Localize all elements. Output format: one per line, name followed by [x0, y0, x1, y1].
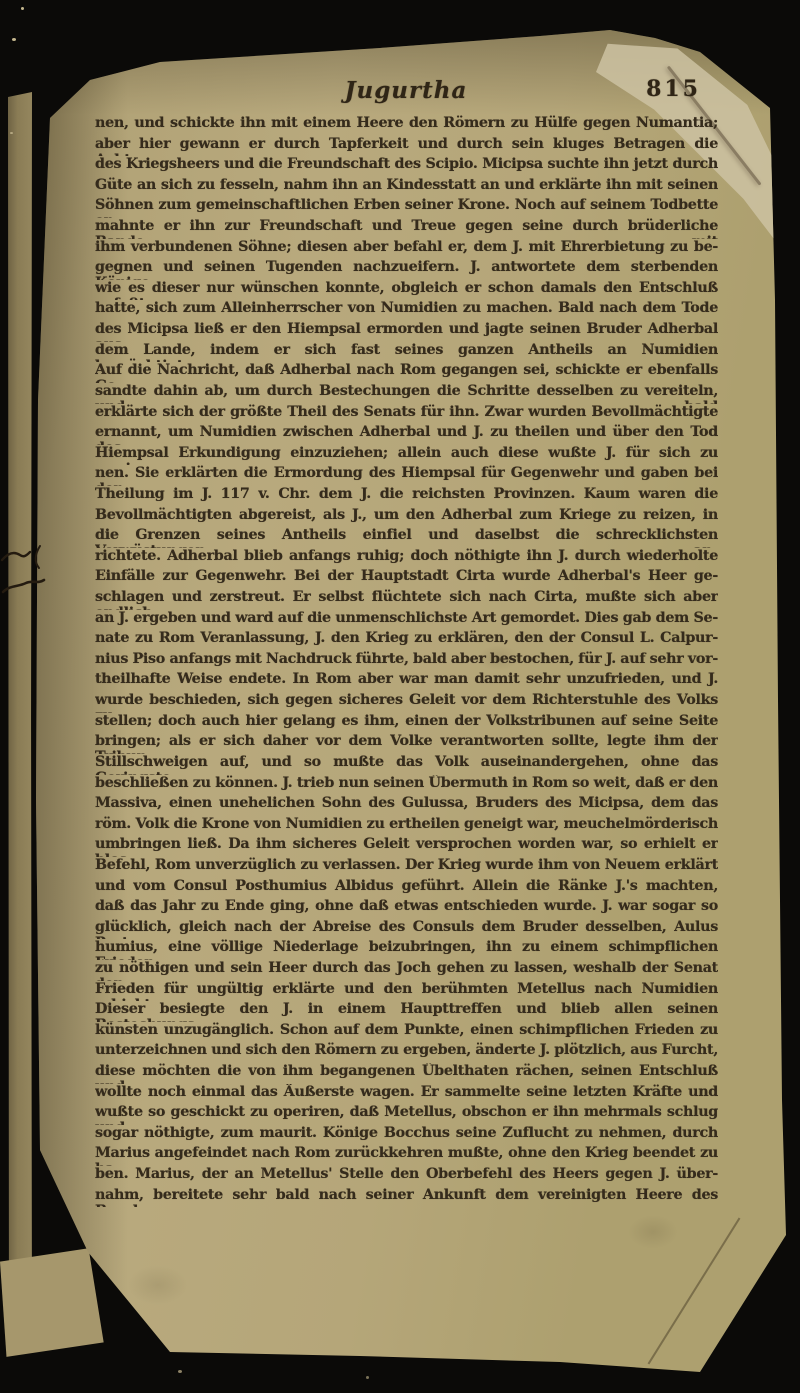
body-line: Marius angefeindet nach Rom zurückkehren… — [95, 1145, 718, 1166]
body-line: nate zu Rom Veranlassung, J. den Krieg z… — [95, 630, 718, 651]
body-line: glücklich, gleich nach der Abreise des C… — [95, 919, 718, 940]
body-text: nen, und schickte ihn mit einem Heere de… — [95, 115, 718, 1207]
body-line: nius Piso anfangs mit Nachdruck führte, … — [95, 651, 718, 672]
body-line: die Grenzen seines Antheils einfiel und … — [95, 527, 718, 548]
body-line: stellen; doch auch hier gelang es ihm, e… — [95, 713, 718, 734]
body-line: hatte, sich zum Alleinherrscher von Numi… — [95, 300, 718, 321]
body-line: Hiempsal Erkundigung einzuziehen; allein… — [95, 445, 718, 466]
body-line: nen. Sie erklärten die Ermordung des Hie… — [95, 465, 718, 486]
book-scan: Jugurtha 815 nen, und schickte ihn mit e… — [0, 0, 800, 1393]
scan-speck — [10, 132, 13, 134]
body-line: diese möchten die von ihm begangenen Übe… — [95, 1063, 718, 1084]
body-line: sandte dahin ab, um durch Bestechungen d… — [95, 383, 718, 404]
body-line: theilhafte Weise endete. In Rom aber war… — [95, 671, 718, 692]
scan-speck — [21, 7, 24, 10]
page-number: 815 — [95, 76, 701, 102]
body-line: bringen; als er sich daher vor dem Volke… — [95, 733, 718, 754]
underlying-page-corner — [0, 1246, 108, 1358]
body-line: Massiva, einen unehelichen Sohn des Gulu… — [95, 795, 718, 816]
body-line: gegnen und seinen Tugenden nachzueifern.… — [95, 259, 718, 280]
body-line: ernannt, um Numidien zwischen Adherbal u… — [95, 424, 718, 445]
body-line: künsten unzugänglich. Schon auf dem Punk… — [95, 1022, 718, 1043]
body-line: Söhnen zum gemeinschaftlichen Erben sein… — [95, 197, 718, 218]
body-line: erklärte sich der größte Theil des Senat… — [95, 404, 718, 425]
body-line: richtete. Adherbal blieb anfangs ruhig; … — [95, 548, 718, 569]
body-line: des Micipsa ließ er den Hiempsal ermorde… — [95, 321, 718, 342]
body-line: Frieden für ungültig erklärte und den be… — [95, 981, 718, 1002]
body-line: Bevollmächtigten abgereist, als J., um d… — [95, 507, 718, 528]
body-line: Theilung im J. 117 v. Chr. dem J. die re… — [95, 486, 718, 507]
body-line: sogar nöthigte, zum maurit. Könige Bocch… — [95, 1125, 718, 1146]
scan-speck — [12, 38, 16, 41]
body-line: Einfälle zur Gegenwehr. Bei der Hauptsta… — [95, 568, 718, 589]
body-line: an J. ergeben und ward auf die unmenschl… — [95, 610, 718, 631]
body-line: Auf die Nachricht, daß Adherbal nach Rom… — [95, 362, 718, 383]
body-line: umbringen ließ. Da ihm sicheres Geleit v… — [95, 836, 718, 857]
body-line: beschließen zu können. J. trieb nun sein… — [95, 775, 718, 796]
body-line: zu nöthigen und sein Heer durch das Joch… — [95, 960, 718, 981]
paper-stain — [628, 1215, 678, 1249]
body-line: Stillschweigen auf, und so mußte das Vol… — [95, 754, 718, 775]
body-line: unterzeichnen und sich den Römern zu erg… — [95, 1042, 718, 1063]
body-line: nahm, bereitete sehr bald nach seiner An… — [95, 1187, 718, 1208]
body-line: humius, eine völlige Niederlage beizubri… — [95, 939, 718, 960]
body-line: röm. Volk die Krone von Numidien zu erth… — [95, 816, 718, 837]
body-line: dem Lande, indem er sich fast seines gan… — [95, 342, 718, 363]
body-line: ben. Marius, der an Metellus' Stelle den… — [95, 1166, 718, 1187]
scan-speck — [366, 1376, 369, 1379]
body-line: ihm verbundenen Söhne; diesen aber befah… — [95, 239, 718, 260]
body-line: Güte an sich zu fesseln, nahm ihn an Kin… — [95, 177, 718, 198]
underlying-page-edge — [8, 92, 32, 1340]
paper-stain — [128, 1265, 188, 1305]
body-line: Dieser besiegte den J. in einem Haupttre… — [95, 1001, 718, 1022]
body-line: wollte noch einmal das Äußerste wagen. E… — [95, 1084, 718, 1105]
body-line: und vom Consul Posthumius Albidus geführ… — [95, 878, 718, 899]
body-line: wie es dieser nur wünschen konnte, obgle… — [95, 280, 718, 301]
body-line: mahnte er ihn zur Freundschaft und Treue… — [95, 218, 718, 239]
body-line: wurde beschieden, sich gegen sicheres Ge… — [95, 692, 718, 713]
body-line: daß das Jahr zu Ende ging, ohne daß etwa… — [95, 898, 718, 919]
body-line: Befehl, Rom unverzüglich zu verlassen. D… — [95, 857, 718, 878]
margin-ink-mark — [0, 540, 72, 612]
scan-speck — [178, 1370, 182, 1373]
body-line: des Kriegsheers und die Freundschaft des… — [95, 156, 718, 177]
body-line: wußte so geschickt zu operiren, daß Mete… — [95, 1104, 718, 1125]
body-line: schlagen und zerstreut. Er selbst flücht… — [95, 589, 718, 610]
body-line: aber hier gewann er durch Tapferkeit und… — [95, 136, 718, 157]
body-line: nen, und schickte ihn mit einem Heere de… — [95, 115, 718, 136]
